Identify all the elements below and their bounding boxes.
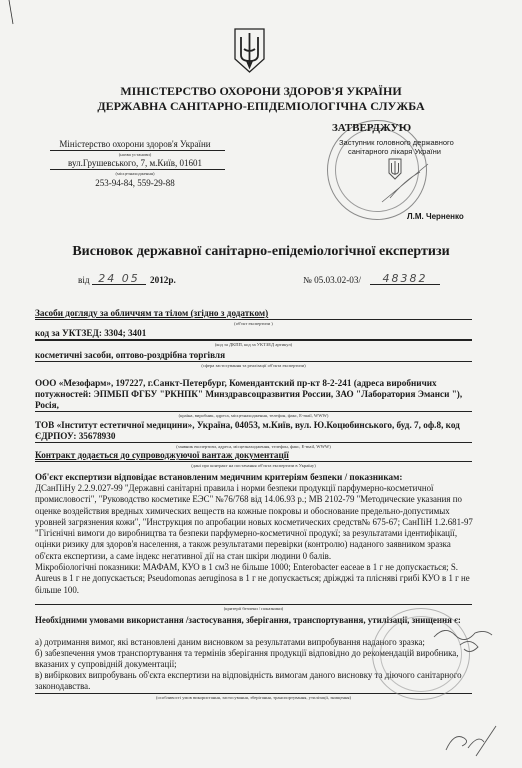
expertise-object: Засоби догляду за обличчям та тілом (згі…: [35, 308, 268, 319]
microbiological-criteria: Мікробіологічні показники: МАФАМ, КУО в …: [35, 562, 475, 596]
manufacturer-line2: потужностей: ЭПМБП ФГБУ "РКНПК" Минздрав…: [35, 389, 462, 400]
signature-icon: [380, 160, 430, 205]
contract-hint: (дані про контракт на постачання об'єкта…: [35, 463, 472, 468]
approval-signer: Л.М. Черненко: [407, 212, 464, 221]
applicant-hint: (заявник експертизи, адреса, місцезнаход…: [35, 444, 472, 449]
applicant-line1: ТОВ «Інститут естетичної медицини», Укра…: [35, 420, 460, 431]
date-prefix: від: [78, 275, 90, 286]
institution-address: вул.Грушевського, 7, м.Київ, 01601: [30, 158, 240, 168]
divider: [35, 411, 472, 412]
certificate-page: МІНІСТЕРСТВО ОХОРОНИ ЗДОРОВ'Я УКРАЇНИ ДЕ…: [0, 0, 522, 768]
divider: [35, 442, 472, 443]
approval-position-line2: санітарного лікаря України: [348, 147, 441, 156]
criteria-heading: Об'єкт експертизи відповідає встановлени…: [35, 472, 402, 483]
number-prefix: № 05.03.02-03/: [303, 275, 361, 286]
institution-name: Міністерство охорони здоров'я України: [30, 139, 240, 149]
divider: [35, 461, 472, 462]
institution-address-hint: (місцезнаходження): [30, 171, 240, 176]
signature-icon: [430, 615, 500, 660]
divider: [35, 319, 472, 320]
contract-info: Контракт додається до супроводжуючої ван…: [35, 450, 289, 461]
manufacturer-hint: (країна, виробник, адреса, місцезнаходже…: [35, 413, 472, 418]
expertise-object-hint: (об'єкт експертизи ): [35, 321, 472, 326]
ministry-heading: МІНІСТЕРСТВО ОХОРОНИ ЗДОРОВ'Я УКРАЇНИ: [0, 84, 522, 99]
institution-name-hint: (назва установи): [30, 152, 240, 157]
product-code-hint: (код за ДКПП, код за УКТЗЕД артикул): [35, 342, 472, 347]
manufacturer-line3: Росія,: [35, 400, 59, 411]
institution-phones: 253-94-84, 559-29-88: [30, 178, 240, 188]
date-year: 2012р.: [150, 275, 176, 286]
approval-position-line1: Заступник головного державного: [339, 138, 454, 147]
margin-mark: [8, 0, 14, 25]
number-handwritten: 48382: [370, 273, 440, 285]
applicant-line2: ЄДРПОУ: 35678930: [35, 431, 115, 442]
divider: [50, 150, 225, 151]
divider: [35, 339, 472, 341]
trident-emblem-icon: [233, 27, 266, 74]
date-handwritten: 24 05: [92, 273, 146, 285]
product-code: код за УКТЗЕД: 3304; 3401: [35, 328, 146, 339]
manufacturer-line1: ООО «Мезофарм», 197227, г.Санкт-Петербур…: [35, 378, 437, 389]
approval-title: ЗАТВЕРДЖУЮ: [332, 122, 411, 134]
application-sphere: косметичні засоби, оптово-роздрібна торг…: [35, 350, 225, 361]
divider: [35, 361, 472, 362]
divider: [35, 604, 472, 605]
signature-icon: [440, 712, 500, 762]
criteria-text: ДСанПіНу 2.2.9.027-99 "Державні санітарн…: [35, 483, 475, 562]
divider: [50, 169, 225, 170]
document-title: Висновок державної санітарно-епідеміолог…: [0, 244, 522, 260]
service-heading: ДЕРЖАВНА САНІТАРНО-ЕПІДЕМІОЛОГІЧНА СЛУЖБ…: [0, 99, 522, 114]
application-sphere-hint: (сфера застосування та реалізації об'єкт…: [35, 363, 472, 368]
